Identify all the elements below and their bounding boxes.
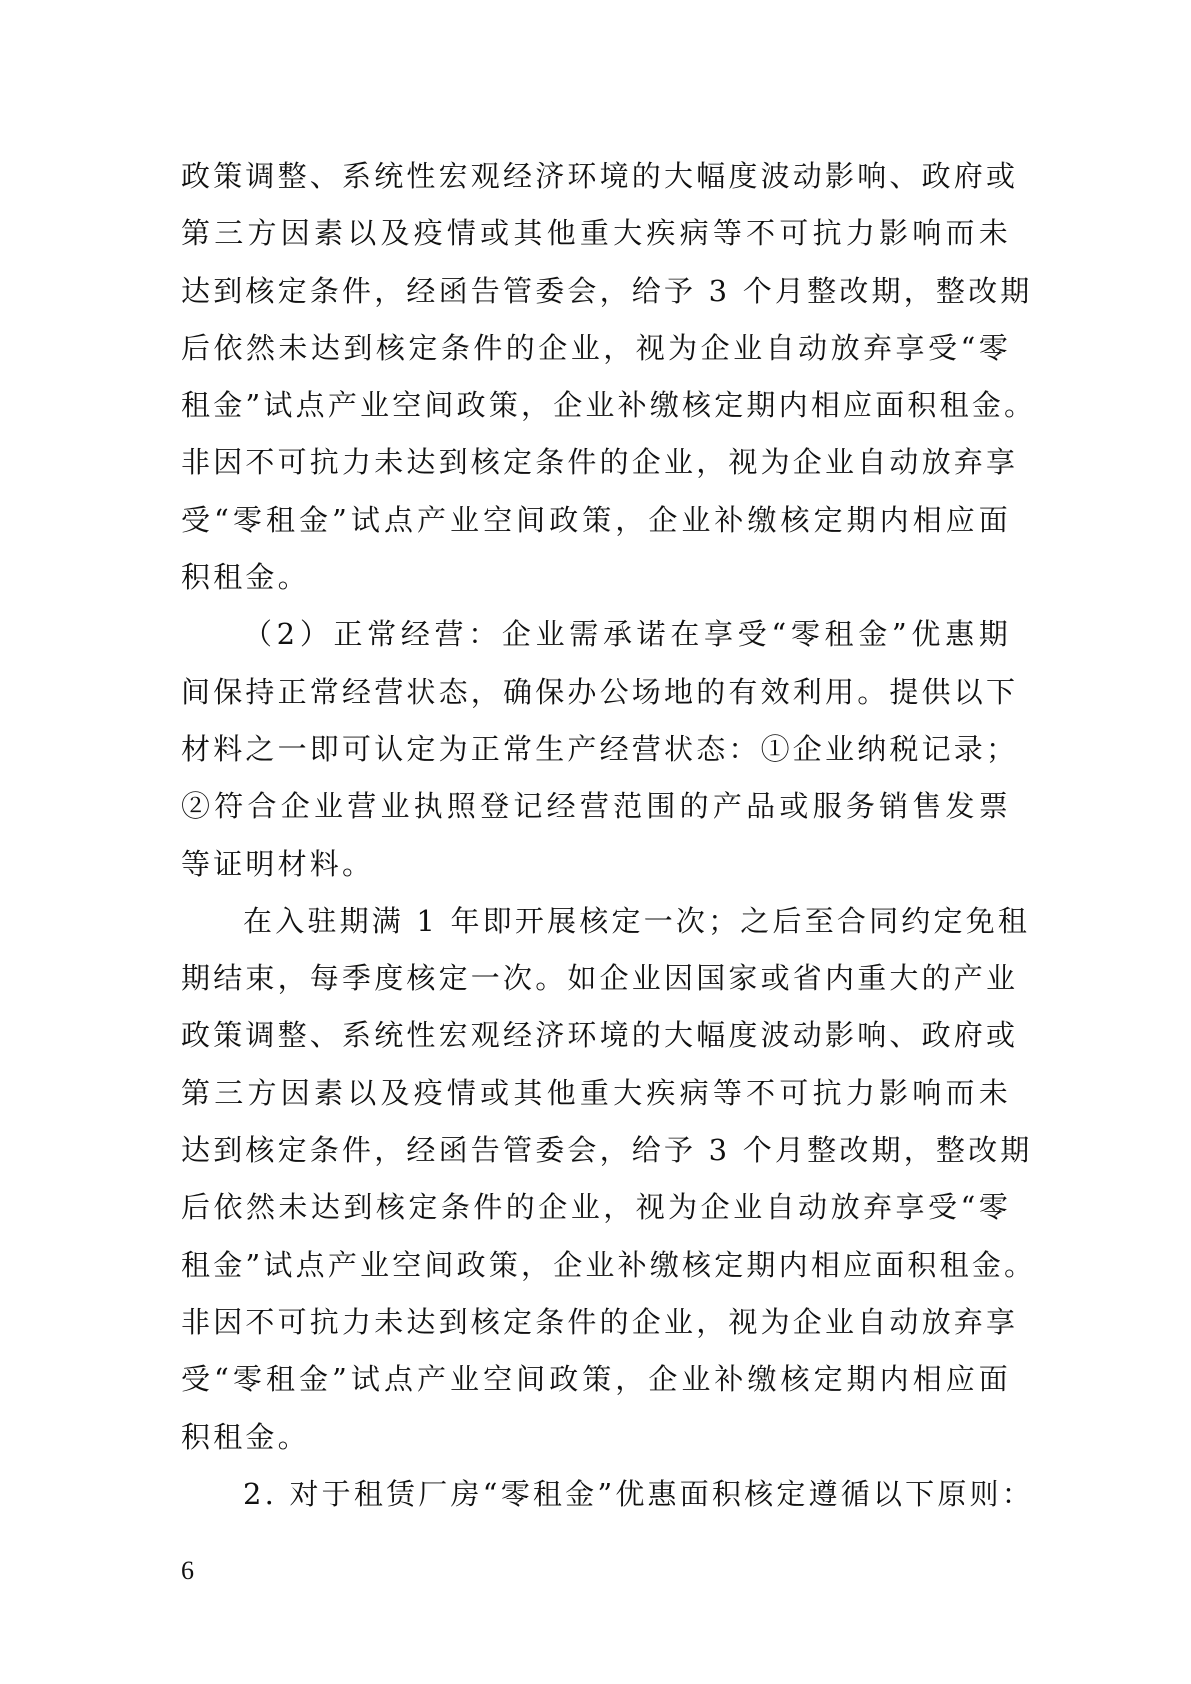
page-number: 6 xyxy=(181,1556,194,1586)
text-line: 间保持正常经营状态，确保办公场地的有效利用。提供以下 xyxy=(181,664,1011,721)
text-line: ②符合企业营业执照登记经营范围的产品或服务销售发票 xyxy=(181,778,1011,835)
text-line: 达到核定条件，经函告管委会，给予 3 个月整改期，整改期 xyxy=(181,263,1011,320)
text-line: 政策调整、系统性宏观经济环境的大幅度波动影响、政府或 xyxy=(181,148,1011,205)
body-text: 政策调整、系统性宏观经济环境的大幅度波动影响、政府或 第三方因素以及疫情或其他重… xyxy=(181,148,1011,1523)
text-line: 第三方因素以及疫情或其他重大疾病等不可抗力影响而未 xyxy=(181,205,1011,262)
text-line: 在入驻期满 1 年即开展核定一次；之后至合同约定免租 xyxy=(181,893,1011,950)
text-line: 受“零租金”试点产业空间政策，企业补缴核定期内相应面 xyxy=(181,492,1011,549)
text-line: 租金”试点产业空间政策，企业补缴核定期内相应面积租金。 xyxy=(181,377,1011,434)
text-line: 期结束，每季度核定一次。如企业因国家或省内重大的产业 xyxy=(181,950,1011,1007)
text-line: 第三方因素以及疫情或其他重大疾病等不可抗力影响而未 xyxy=(181,1065,1011,1122)
text-line: 租金”试点产业空间政策，企业补缴核定期内相应面积租金。 xyxy=(181,1237,1011,1294)
text-line: 达到核定条件，经函告管委会，给予 3 个月整改期，整改期 xyxy=(181,1122,1011,1179)
text-line: 政策调整、系统性宏观经济环境的大幅度波动影响、政府或 xyxy=(181,1007,1011,1064)
text-line: 等证明材料。 xyxy=(181,836,1011,893)
text-line: 材料之一即可认定为正常生产经营状态：①企业纳税记录； xyxy=(181,721,1011,778)
text-line: 后依然未达到核定条件的企业，视为企业自动放弃享受“零 xyxy=(181,320,1011,377)
document-page: 政策调整、系统性宏观经济环境的大幅度波动影响、政府或 第三方因素以及疫情或其他重… xyxy=(0,0,1191,1684)
text-line: （2）正常经营：企业需承诺在享受“零租金”优惠期 xyxy=(181,606,1011,663)
text-line: 2. 对于租赁厂房“零租金”优惠面积核定遵循以下原则： xyxy=(181,1466,1011,1523)
text-line: 后依然未达到核定条件的企业，视为企业自动放弃享受“零 xyxy=(181,1179,1011,1236)
text-line: 受“零租金”试点产业空间政策，企业补缴核定期内相应面 xyxy=(181,1351,1011,1408)
text-line: 积租金。 xyxy=(181,1409,1011,1466)
text-line: 积租金。 xyxy=(181,549,1011,606)
text-line: 非因不可抗力未达到核定条件的企业，视为企业自动放弃享 xyxy=(181,434,1011,491)
text-line: 非因不可抗力未达到核定条件的企业，视为企业自动放弃享 xyxy=(181,1294,1011,1351)
